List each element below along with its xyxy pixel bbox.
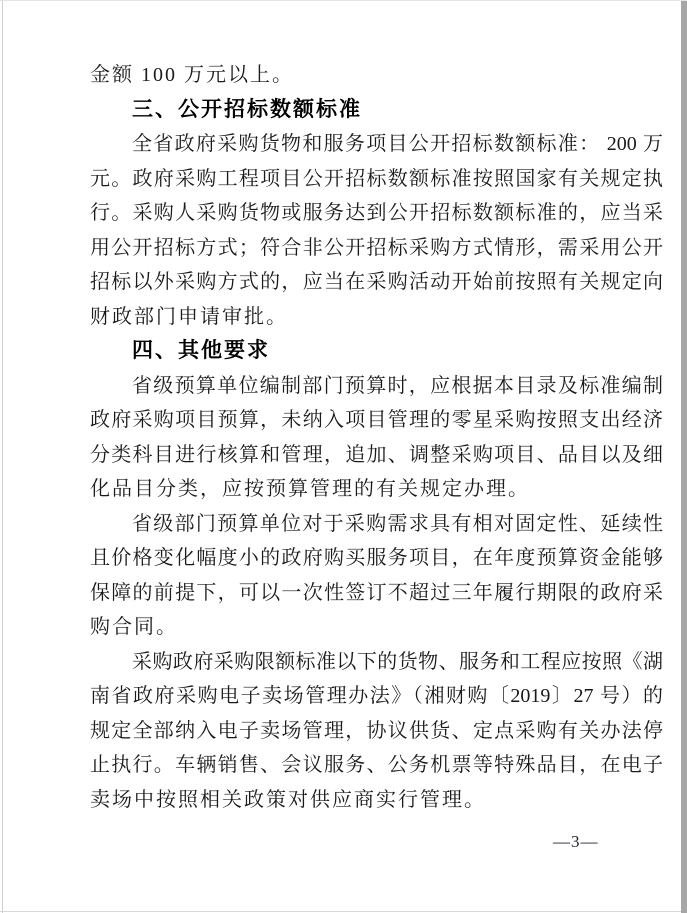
body-line: 招标以外采购方式的，应当在采购活动开始前按照有关规定向 xyxy=(90,265,663,300)
section-heading: 三、公开招标数额标准 xyxy=(90,93,663,128)
page-number: —3— xyxy=(553,832,599,852)
body-line: 化品目分类，应按预算管理的有关规定办理。 xyxy=(90,472,663,507)
body-line: 且价格变化幅度小的政府购买服务项目，在年度预算资金能够 xyxy=(90,541,663,576)
body-line: 省级预算单位编制部门预算时，应根据本目录及标准编制 xyxy=(90,369,663,404)
body-line: 保障的前提下，可以一次性签订不超过三年履行期限的政府采 xyxy=(90,576,663,611)
body-line: 购合同。 xyxy=(90,610,663,645)
body-line: 金额 100 万元以上。 xyxy=(90,58,663,93)
body-line: 政府采购项目预算，未纳入项目管理的零星采购按照支出经济 xyxy=(90,403,663,438)
body-line: 用公开招标方式；符合非公开招标采购方式情形，需采用公开 xyxy=(90,231,663,266)
section-heading: 四、其他要求 xyxy=(90,334,663,369)
body-line: 财政部门申请审批。 xyxy=(90,300,663,335)
body-line: 采购政府采购限额标准以下的货物、服务和工程应按照《湖 xyxy=(90,645,663,680)
page-edge-strip xyxy=(681,1,687,913)
body-line: 行。采购人采购货物或服务达到公开招标数额标准的，应当采 xyxy=(90,196,663,231)
page-bottom-border xyxy=(0,911,681,912)
body-line: 分类科目进行核算和管理，追加、调整采购项目、品目以及细 xyxy=(90,438,663,473)
page-left-border xyxy=(2,1,3,913)
body-line: 卖场中按照相关政策对供应商实行管理。 xyxy=(90,783,663,818)
body-line: 南省政府采购电子卖场管理办法》（湘财购〔2019〕27 号）的 xyxy=(90,679,663,714)
body-line: 止执行。车辆销售、会议服务、公务机票等特殊品目，在电子 xyxy=(90,748,663,783)
document-body: 金额 100 万元以上。 三、公开招标数额标准 全省政府采购货物和服务项目公开招… xyxy=(90,58,663,817)
body-line: 全省政府采购货物和服务项目公开招标数额标准： 200 万 xyxy=(90,127,663,162)
document-page: 金额 100 万元以上。 三、公开招标数额标准 全省政府采购货物和服务项目公开招… xyxy=(0,0,687,913)
body-line: 元。政府采购工程项目公开招标数额标准按照国家有关规定执 xyxy=(90,162,663,197)
body-line: 省级部门预算单位对于采购需求具有相对固定性、延续性 xyxy=(90,507,663,542)
body-line: 规定全部纳入电子卖场管理，协议供货、定点采购有关办法停 xyxy=(90,714,663,749)
